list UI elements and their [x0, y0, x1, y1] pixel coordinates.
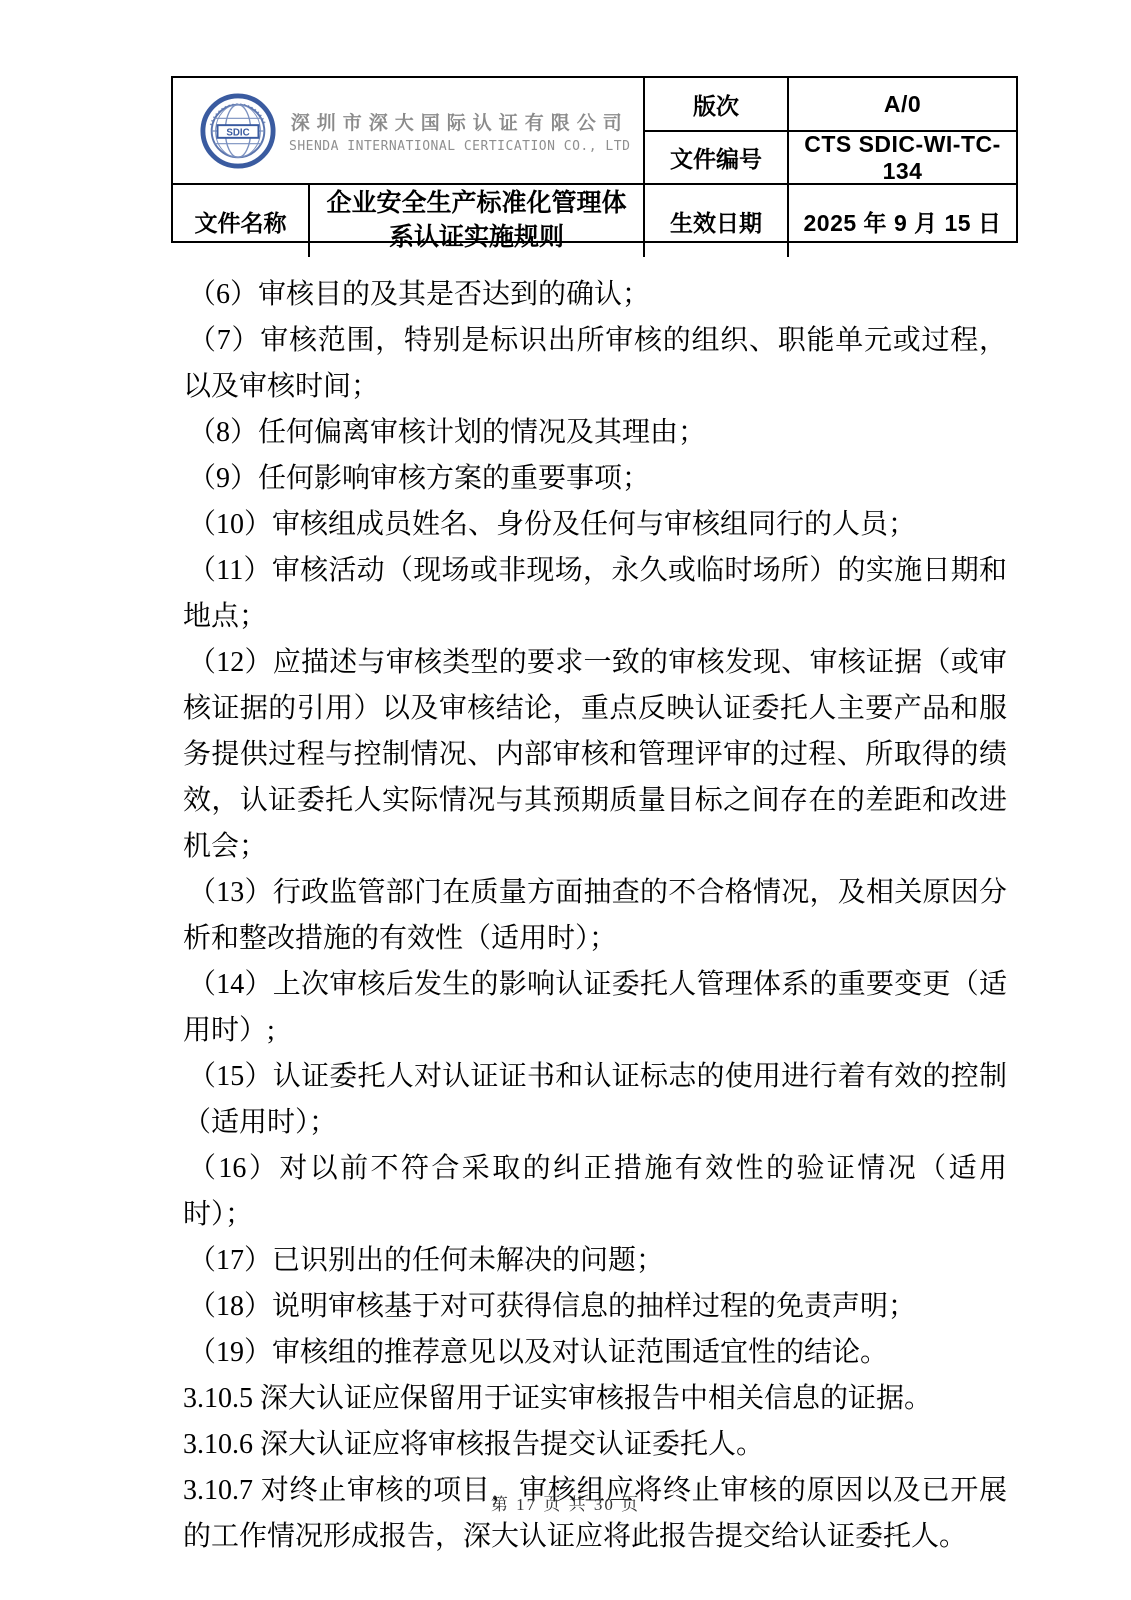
body-paragraph: （6）审核目的及其是否达到的确认；	[183, 272, 1007, 318]
doc-number-label: 文件编号	[645, 132, 789, 185]
body-paragraph: （17）已识别出的任何未解决的问题；	[183, 1238, 1007, 1284]
body-paragraph: （19）审核组的推荐意见以及对认证范围适宜性的结论。	[183, 1330, 1007, 1376]
body-paragraph: （16）对以前不符合采取的纠正措施有效性的验证情况（适用时）；	[183, 1146, 1007, 1238]
body-paragraph: （12）应描述与审核类型的要求一致的审核发现、审核证据（或审核证据的引用）以及审…	[183, 640, 1007, 870]
document-header-table: SDIC 深圳市深大国际认证有限公司 SHENDA INTERNATIONAL …	[171, 76, 1018, 243]
logo-banner-text: SDIC	[226, 127, 249, 138]
version-label: 版次	[645, 78, 789, 132]
effective-date-value: 2025 年 9 月 15 日	[789, 185, 1016, 257]
body-paragraph: （10）审核组成员姓名、身份及任何与审核组同行的人员；	[183, 502, 1007, 548]
doc-number-value: CTS SDIC-WI-TC-134	[789, 132, 1016, 185]
version-value: A/0	[789, 78, 1016, 132]
body-paragraph: （13）行政监管部门在质量方面抽查的不合格情况，及相关原因分析和整改措施的有效性…	[183, 870, 1007, 962]
body-paragraph: （14）上次审核后发生的影响认证委托人管理体系的重要变更（适用时）;	[183, 962, 1007, 1054]
page-number: 第 17 页 共 30 页	[0, 1490, 1131, 1515]
body-paragraph: 3.10.6 深大认证应将审核报告提交认证委托人。	[183, 1422, 1007, 1468]
company-header-cell: SDIC 深圳市深大国际认证有限公司 SHENDA INTERNATIONAL …	[173, 78, 645, 185]
body-paragraph: （18）说明审核基于对可获得信息的抽样过程的免责声明；	[183, 1284, 1007, 1330]
company-name-cn: 深圳市深大国际认证有限公司	[289, 108, 630, 135]
body-paragraph: （11）审核活动（现场或非现场，永久或临时场所）的实施日期和地点；	[183, 548, 1007, 640]
body-paragraph: （8）任何偏离审核计划的情况及其理由；	[183, 410, 1007, 456]
body-paragraph: （15）认证委托人对认证证书和认证标志的使用进行着有效的控制（适用时）；	[183, 1054, 1007, 1146]
doc-name-value: 企业安全生产标准化管理体系认证实施规则	[310, 185, 645, 257]
effective-date-label: 生效日期	[645, 185, 789, 257]
body-paragraph: （9）任何影响审核方案的重要事项；	[183, 456, 1007, 502]
company-name-en: SHENDA INTERNATIONAL CERTICATION CO., LT…	[289, 139, 630, 154]
doc-name-label: 文件名称	[173, 185, 310, 257]
body-paragraph: （7）审核范围，特别是标识出所审核的组织、职能单元或过程，以及审核时间；	[183, 318, 1007, 410]
document-body: （6）审核目的及其是否达到的确认； （7）审核范围，特别是标识出所审核的组织、职…	[183, 272, 1007, 1560]
document-page: SDIC 深圳市深大国际认证有限公司 SHENDA INTERNATIONAL …	[0, 0, 1131, 1600]
body-paragraph: 3.10.5 深大认证应保留用于证实审核报告中相关信息的证据。	[183, 1376, 1007, 1422]
company-names: 深圳市深大国际认证有限公司 SHENDA INTERNATIONAL CERTI…	[289, 108, 630, 154]
company-logo-icon: SDIC	[199, 92, 277, 170]
